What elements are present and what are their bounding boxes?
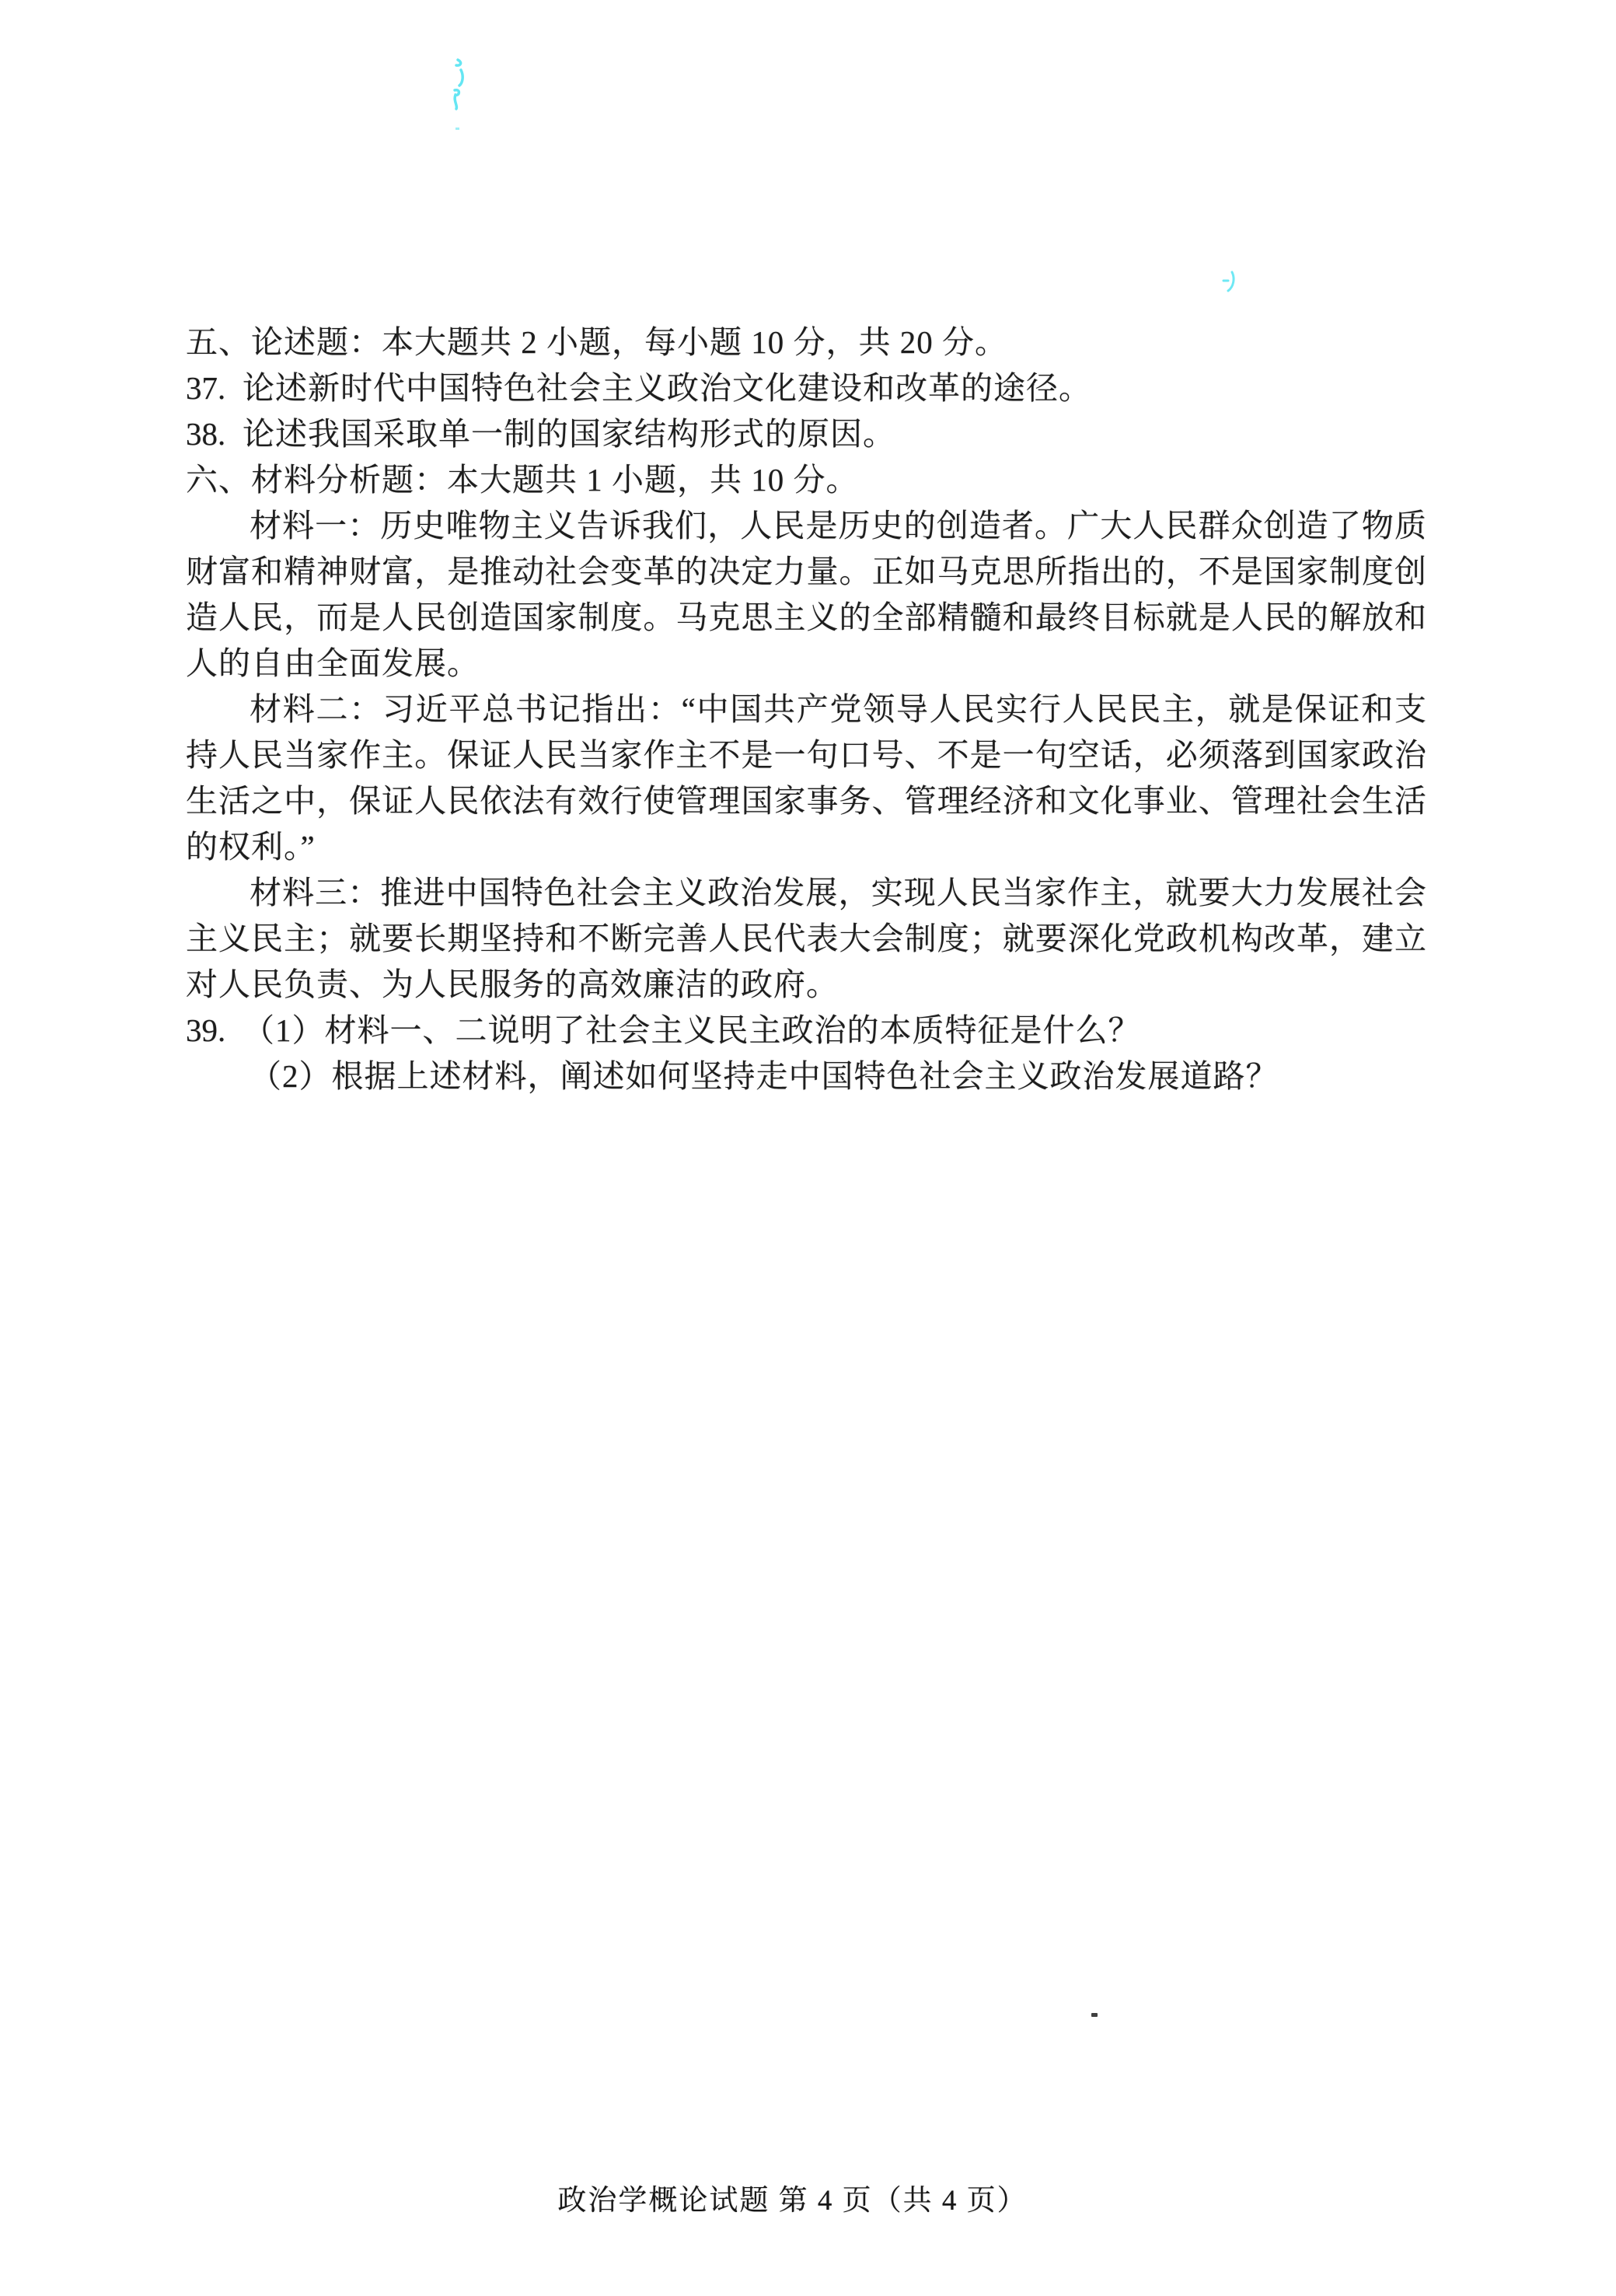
cyan-speck-icon	[455, 128, 459, 130]
question-39-part-1-text: 材料一、二说明了社会主义民主政治的本质特征是什么？	[325, 1012, 1141, 1048]
question-39-part-2: （2）根据上述材料，阐述如何坚持走中国特色社会主义政治发展道路？	[186, 1054, 1427, 1099]
question-39-number: 39.	[186, 1008, 243, 1054]
section5-heading: 五、论述题：本大题共 2 小题，每小题 10 分，共 20 分。	[186, 320, 1427, 365]
question-37-text: 论述新时代中国特色社会主义政治文化建设和改革的途径。	[243, 370, 1091, 406]
material-1-label: 材料一：	[250, 508, 380, 543]
scan-artifact-cyan-smudge	[451, 58, 471, 135]
question-39-part-2-label: （2）	[250, 1058, 332, 1094]
question-38-text: 论述我国采取单一制的国家结构形式的原因。	[243, 416, 895, 452]
cyan-curve-icon	[1223, 272, 1234, 291]
material-3-label: 材料三：	[250, 875, 380, 910]
question-39-part-1-label: （1）	[243, 1012, 325, 1048]
page-footer-text: 政治学概论试题 第 4 页（共 4 页）	[557, 2185, 1027, 2217]
scanned-exam-page: 五、论述题：本大题共 2 小题，每小题 10 分，共 20 分。 37.论述新时…	[0, 0, 1616, 2296]
scan-artifact-dark-speck	[1091, 2013, 1098, 2018]
dark-speck-icon	[1091, 2013, 1098, 2017]
question-38-number: 38.	[186, 411, 243, 457]
scan-artifact-cyan-mark	[1222, 271, 1237, 294]
material-2-paragraph: 材料二：习近平总书记指出：“中国共产党领导人民实行人民民主，就是保证和支持人民当…	[186, 687, 1427, 870]
question-39-part-1: 39.（1）材料一、二说明了社会主义民主政治的本质特征是什么？	[186, 1008, 1427, 1054]
question-38: 38.论述我国采取单一制的国家结构形式的原因。	[186, 411, 1427, 457]
page-footer: 政治学概论试题 第 4 页（共 4 页）	[0, 2176, 1600, 2218]
material-1-paragraph: 材料一：历史唯物主义告诉我们，人民是历史的创造者。广大人民群众创造了物质财富和精…	[186, 503, 1427, 687]
material-2-label: 材料二：	[250, 691, 382, 727]
section6-heading: 六、材料分析题：本大题共 1 小题，共 10 分。	[186, 457, 1427, 503]
question-39-part-2-text: 根据上述材料，阐述如何坚持走中国特色社会主义政治发展道路？	[332, 1058, 1279, 1094]
exam-body: 五、论述题：本大题共 2 小题，每小题 10 分，共 20 分。 37.论述新时…	[186, 320, 1427, 1099]
cyan-squiggle-icon	[455, 60, 462, 109]
material-3-paragraph: 材料三：推进中国特色社会主义政治发展，实现人民当家作主，就要大力发展社会主义民主…	[186, 870, 1427, 1008]
question-37: 37.论述新时代中国特色社会主义政治文化建设和改革的途径。	[186, 365, 1427, 411]
question-37-number: 37.	[186, 365, 243, 411]
